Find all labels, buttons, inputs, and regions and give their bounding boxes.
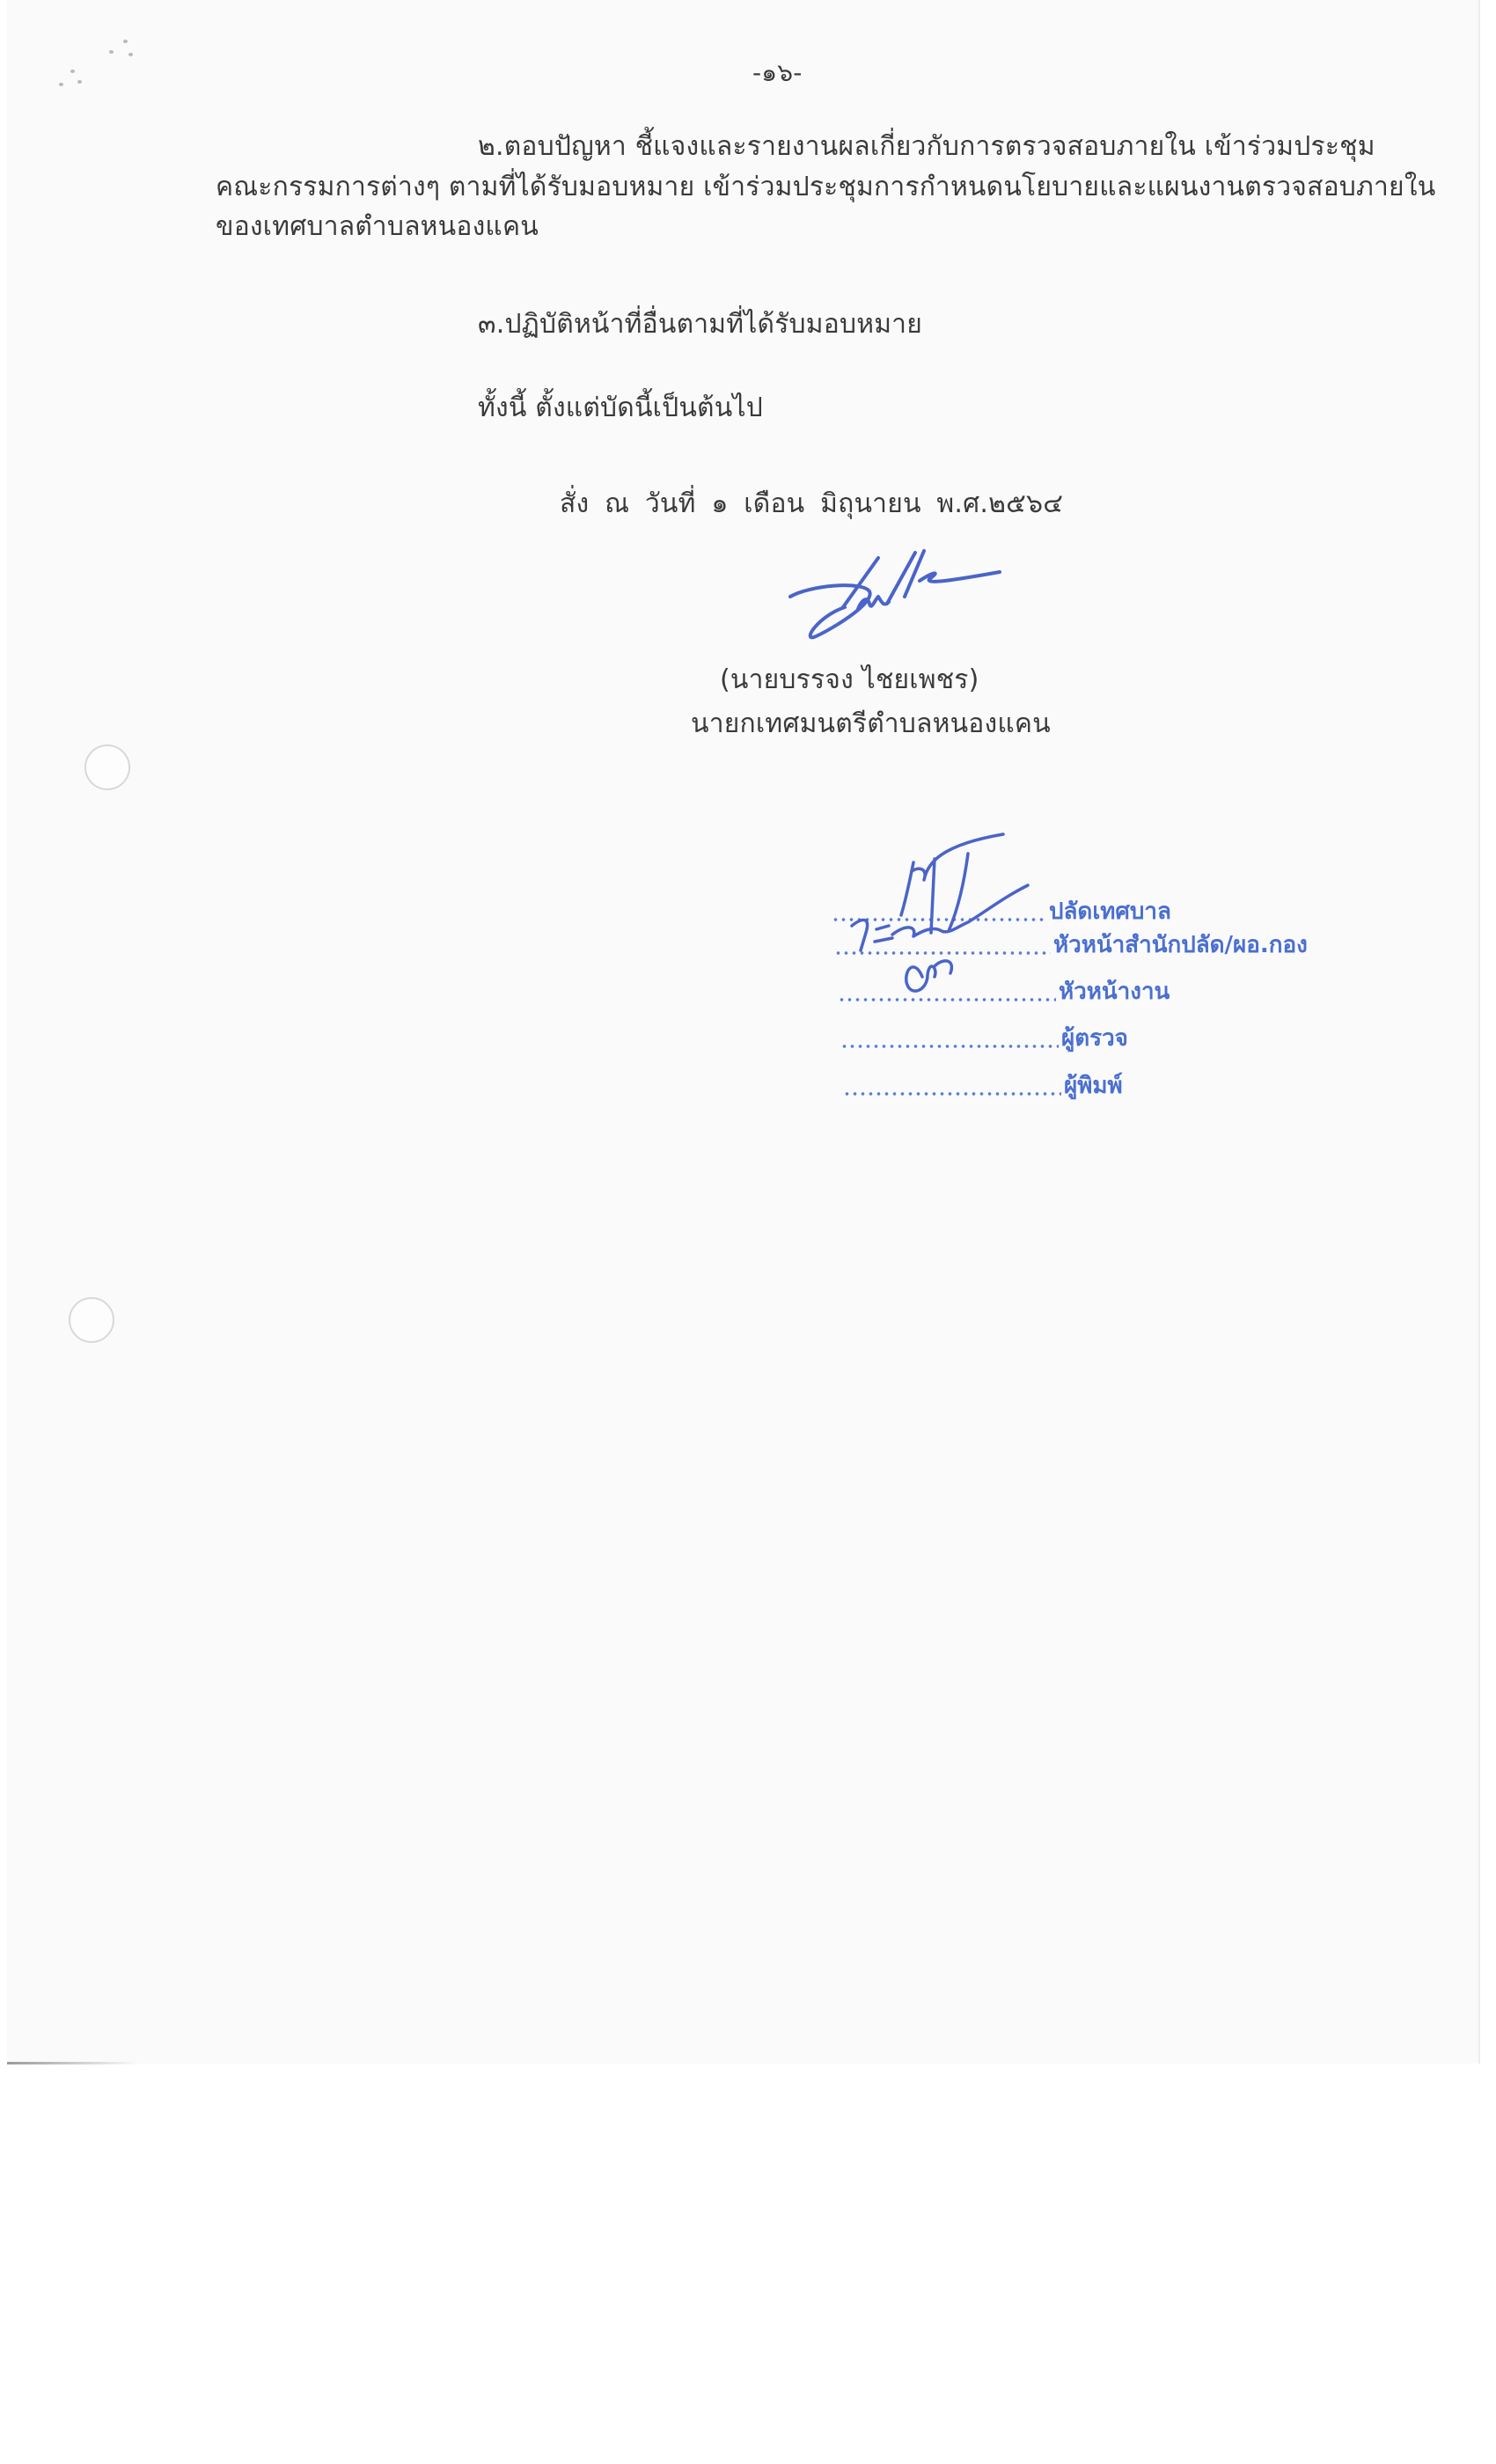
punch-hole-top [84, 744, 130, 790]
stamp-label: ปลัดเทศบาล [1049, 898, 1171, 926]
stamp-label: ผู้ตรวจ [1061, 1024, 1128, 1052]
stamp-label: ผู้พิมพ์ [1064, 1072, 1123, 1100]
page-number: -๑๖- [752, 58, 803, 88]
paragraph-line: ของเทศบาลตำบลหนองแคน [216, 212, 539, 242]
stamp-row-inspector: ผู้ตรวจ [840, 1017, 1175, 1052]
punch-hole-bottom [69, 1297, 114, 1343]
ordered-date: สั่ง ณ วันที่ ๑ เดือน มิถุนายน พ.ศ.๒๕๖๔ [560, 489, 1063, 519]
signer-title: นายกเทศมนตรีตำบลหนองแคน [691, 709, 1051, 739]
paragraph-line: คณะกรรมการต่างๆ ตามที่ได้รับมอบหมาย เข้า… [216, 172, 1435, 202]
paragraph-line: ๒.ตอบปัญหา ชี้แจงและรายงานผลเกี่ยวกับการ… [478, 132, 1375, 162]
signer-name: (นายบรรจง ไชยเพชร) [720, 665, 979, 695]
stamp-label: หัวหน้าสำนักปลัด/ผอ.กอง [1053, 931, 1308, 959]
stamp-label: หัวหน้างาน [1059, 978, 1170, 1006]
item-3: ๓.ปฏิบัติหน้าที่อื่นตามที่ได้รับมอบหมาย [478, 310, 922, 340]
initials-signature [836, 827, 1065, 1021]
page-edge-shadow [7, 2062, 139, 2064]
stamp-row-typist: ผู้พิมพ์ [843, 1065, 1177, 1100]
effective-clause: ทั้งนี้ ตั้งแต่บัดนี้เป็นต้นไป [478, 393, 763, 423]
mayor-signature [774, 546, 1003, 651]
